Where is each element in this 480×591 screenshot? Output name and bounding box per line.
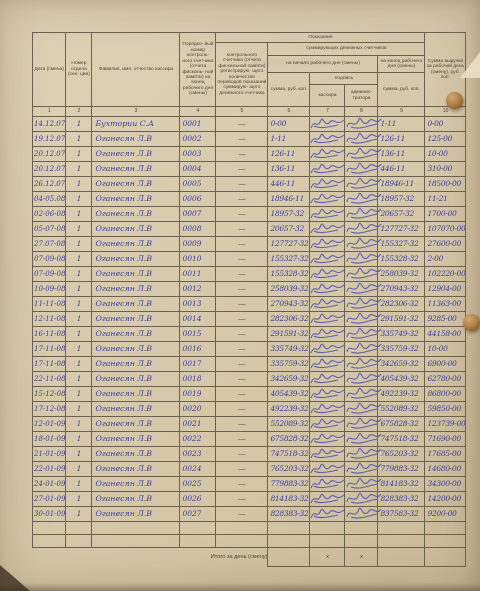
cell-date: 30-01-09 <box>33 507 66 522</box>
cell-department: 1 <box>66 492 92 507</box>
header-group-readings: Показания <box>216 33 425 43</box>
ledger-row: 20.12.07 1 Оганесян Л.В 0003 — 126-11 13… <box>33 147 466 162</box>
cell-cashier-name: Оганесян Л.В <box>92 252 180 267</box>
column-number-row: 1 2 3 4 5 6 7 8 9 10 <box>33 107 466 117</box>
cell-order-number: 0025 <box>180 477 216 492</box>
cell-department: 1 <box>66 402 92 417</box>
cell-date: 21-01-09 <box>33 447 66 462</box>
total-row: Итого за день (смену) x x <box>33 548 466 567</box>
cell-start-sum: 136-11 <box>268 162 310 177</box>
ledger-row: 05-07-08 1 Оганесян Л.В 0008 — 20657-32 … <box>33 222 466 237</box>
ledger-row: 07-09-08 1 Оганесян Л.В 0011 — 155328-32… <box>33 267 466 282</box>
cell-order-number: 0002 <box>180 132 216 147</box>
total-revenue-cell <box>425 548 466 567</box>
ledger-row: 11-11-08 1 Оганесян Л.В 0013 — 270943-32… <box>33 297 466 312</box>
cell-date: 17-12-08 <box>33 402 66 417</box>
ledger-row: 17-12-08 1 Оганесян Л.В 0020 — 492239-32… <box>33 402 466 417</box>
cell-control-counter: — <box>216 447 268 462</box>
cell-control-counter: — <box>216 432 268 447</box>
header-admin-signature: админис- тратора <box>345 85 378 107</box>
cell-date: 22-01-09 <box>33 462 66 477</box>
cell-cashier-name: Оганесян Л.В <box>92 222 180 237</box>
empty-ledger-row <box>33 535 466 548</box>
cell-control-counter: — <box>216 267 268 282</box>
binder-pin-middle-icon <box>463 314 480 331</box>
cell-end-sum: 282306-32 <box>378 297 425 312</box>
cell-revenue: 27600-00 <box>425 237 466 252</box>
cell-start-sum: 446-11 <box>268 177 310 192</box>
cell-end-sum: 1-11 <box>378 117 425 132</box>
header-group-start-of-day: на начало рабочего дня (смены) <box>268 56 378 73</box>
cell-order-number: 0008 <box>180 222 216 237</box>
ledger-row: 24-01-09 1 Оганесян Л.В 0025 — 779883-32… <box>33 477 466 492</box>
ledger-row: 16-11-08 1 Оганесян Л.В 0015 — 291591-32… <box>33 327 466 342</box>
cell-cashier-name: Оганесян Л.В <box>92 132 180 147</box>
cell-control-counter: — <box>216 192 268 207</box>
cell-revenue: 44158-00 <box>425 327 466 342</box>
cell-cashier-name: Оганесян Л.В <box>92 327 180 342</box>
cell-cashier-name: Оганесян Л.В <box>92 207 180 222</box>
cashier-journal-table: Дата (смена) Номер отдела (сек- ции) Фам… <box>32 32 466 567</box>
cell-department: 1 <box>66 327 92 342</box>
cell-end-sum: 18946-11 <box>378 177 425 192</box>
cell-control-counter: — <box>216 462 268 477</box>
cell-admin-signature <box>345 507 378 522</box>
cell-order-number: 0018 <box>180 372 216 387</box>
cell-start-sum: 779883-32 <box>268 477 310 492</box>
cell-start-sum: 342659-32 <box>268 372 310 387</box>
header-group-signature: подпись <box>310 73 378 85</box>
cell-end-sum: 675828-32 <box>378 417 425 432</box>
cell-order-number: 0009 <box>180 237 216 252</box>
column-number: 4 <box>180 107 216 117</box>
cell-end-sum: 747518-32 <box>378 432 425 447</box>
cell-revenue: 107070-00 <box>425 222 466 237</box>
cell-end-sum: 552089-32 <box>378 402 425 417</box>
cell-cashier-name: Оганесян Л.В <box>92 447 180 462</box>
cell-revenue: 6900-00 <box>425 357 466 372</box>
cell-start-sum: 20657-32 <box>268 222 310 237</box>
cell-order-number: 0006 <box>180 192 216 207</box>
column-number: 9 <box>378 107 425 117</box>
ledger-row: 10-09-08 1 Оганесян Л.В 0012 — 258039-32… <box>33 282 466 297</box>
cell-date: 07-09-08 <box>33 267 66 282</box>
ledger-row: 27.07-08 1 Оганесян Л.В 0009 — 127727-32… <box>33 237 466 252</box>
cell-control-counter: — <box>216 327 268 342</box>
total-start-sum-cell <box>268 548 310 567</box>
cell-cashier-name: Оганесян Л.В <box>92 477 180 492</box>
cell-control-counter: — <box>216 282 268 297</box>
cell-cashier-name: Оганесян Л.В <box>92 162 180 177</box>
cell-control-counter: — <box>216 357 268 372</box>
cell-cashier-name: Оганесян Л.В <box>92 192 180 207</box>
ledger-row: 26.12.07 1 Оганесян Л.В 0005 — 446-11 18… <box>33 177 466 192</box>
cell-revenue: 18500-00 <box>425 177 466 192</box>
cell-revenue: 0-00 <box>425 117 466 132</box>
header-col-department: Номер отдела (сек- ции) <box>66 33 92 107</box>
cell-start-sum: 126-11 <box>268 147 310 162</box>
ledger-row: 07-09-08 1 Оганесян Л.В 0010 — 155327-32… <box>33 252 466 267</box>
cell-order-number: 0016 <box>180 342 216 357</box>
cell-department: 1 <box>66 252 92 267</box>
cell-cashier-name: Оганесян Л.В <box>92 147 180 162</box>
header-col-cashier-name: Фамилия, имя, отчество кассира <box>92 33 180 107</box>
ledger-row: 15-12-08 1 Оганесян Л.В 0019 — 405439-32… <box>33 387 466 402</box>
cell-revenue: 14200-00 <box>425 492 466 507</box>
ledger-row: 02-06-08 1 Оганесян Л.В 0007 — 18957-32 … <box>33 207 466 222</box>
cell-revenue: 9285-00 <box>425 312 466 327</box>
cell-department: 1 <box>66 462 92 477</box>
cell-cashier-name: Оганесян Л.В <box>92 312 180 327</box>
cell-revenue: 12904-00 <box>425 282 466 297</box>
ledger-row: 18-01-09 1 Оганесян Л.В 0022 — 675828-32… <box>33 432 466 447</box>
cell-start-sum: 492239-32 <box>268 402 310 417</box>
cell-cashier-name: Оганесян Л.В <box>92 462 180 477</box>
cell-control-counter: — <box>216 237 268 252</box>
cell-date: 14.12.07 <box>33 117 66 132</box>
cell-order-number: 0022 <box>180 432 216 447</box>
ledger-row: 30-01-09 1 Оганесян Л.В 0027 — 828383-32… <box>33 507 466 522</box>
cell-date: 19.12.07 <box>33 132 66 147</box>
cell-cashier-name: Оганесян Л.В <box>92 492 180 507</box>
cell-date: 24-01-09 <box>33 477 66 492</box>
cell-end-sum: 335749-32 <box>378 327 425 342</box>
header-col-order-number: Порядко- вый номер контроль- ного счетчи… <box>180 33 216 107</box>
page-corner-shadow <box>0 565 30 591</box>
cell-control-counter: — <box>216 162 268 177</box>
cell-date: 17-11-08 <box>33 357 66 372</box>
cell-revenue: 14680-00 <box>425 462 466 477</box>
cell-order-number: 0013 <box>180 297 216 312</box>
cell-start-sum: 405439-32 <box>268 387 310 402</box>
cell-start-sum: 258039-32 <box>268 282 310 297</box>
cell-order-number: 0019 <box>180 387 216 402</box>
cell-revenue: 1700-00 <box>425 207 466 222</box>
cell-department: 1 <box>66 387 92 402</box>
cell-control-counter: — <box>216 222 268 237</box>
total-cashier-sign-cell: x <box>310 548 345 567</box>
header-end-sum: сумма, руб. коп. <box>378 73 425 107</box>
cell-control-counter: — <box>216 117 268 132</box>
ledger-rows: 14.12.07 1 Бухтории С.А 0001 — 0-00 1-11… <box>33 117 466 548</box>
cell-department: 1 <box>66 222 92 237</box>
cell-revenue: 2-00 <box>425 252 466 267</box>
table-header: Дата (смена) Номер отдела (сек- ции) Фам… <box>33 33 466 117</box>
cell-control-counter: — <box>216 402 268 417</box>
cell-date: 12-11-08 <box>33 312 66 327</box>
cell-control-counter: — <box>216 342 268 357</box>
cell-cashier-name: Оганесян Л.В <box>92 282 180 297</box>
cell-revenue: 11-21 <box>425 192 466 207</box>
cell-order-number: 0015 <box>180 327 216 342</box>
cell-revenue: 71690-00 <box>425 432 466 447</box>
page-corner-fold <box>460 52 480 78</box>
cell-order-number: 0026 <box>180 492 216 507</box>
ledger-row: 22-01-09 1 Оганесян Л.В 0024 — 765203-32… <box>33 462 466 477</box>
cell-date: 10-09-08 <box>33 282 66 297</box>
cell-cashier-name: Оганесян Л.В <box>92 387 180 402</box>
cell-end-sum: 155327-32 <box>378 237 425 252</box>
cell-end-sum: 335759-32 <box>378 342 425 357</box>
cell-cashier-name: Оганесян Л.В <box>92 417 180 432</box>
cell-order-number: 0020 <box>180 402 216 417</box>
cell-control-counter: — <box>216 492 268 507</box>
column-number: 5 <box>216 107 268 117</box>
column-number: 1 <box>33 107 66 117</box>
cell-department: 1 <box>66 372 92 387</box>
cell-control-counter: — <box>216 132 268 147</box>
cell-date: 17-11-08 <box>33 342 66 357</box>
cell-control-counter: — <box>216 507 268 522</box>
cell-start-sum: 1-11 <box>268 132 310 147</box>
cell-order-number: 0005 <box>180 177 216 192</box>
cell-cashier-name: Оганесян Л.В <box>92 237 180 252</box>
cell-department: 1 <box>66 432 92 447</box>
cell-cashier-name: Оганесян Л.В <box>92 372 180 387</box>
cell-revenue: 34300-00 <box>425 477 466 492</box>
cell-department: 1 <box>66 342 92 357</box>
ledger-row: 22-11-08 1 Оганесян Л.В 0018 — 342659-32… <box>33 372 466 387</box>
cell-department: 1 <box>66 147 92 162</box>
cell-cashier-name: Оганесян Л.В <box>92 507 180 522</box>
cell-department: 1 <box>66 297 92 312</box>
cell-order-number: 0012 <box>180 282 216 297</box>
cell-revenue: 10-00 <box>425 147 466 162</box>
cell-cashier-name: Оганесян Л.В <box>92 267 180 282</box>
cell-start-sum: 270943-32 <box>268 297 310 312</box>
cell-date: 05-07-08 <box>33 222 66 237</box>
cell-cashier-name: Оганесян Л.В <box>92 177 180 192</box>
cell-date: 07-09-08 <box>33 252 66 267</box>
cell-start-sum: 814183-32 <box>268 492 310 507</box>
ledger-row: 27-01-09 1 Оганесян Л.В 0026 — 814183-32… <box>33 492 466 507</box>
cell-revenue: 11363-00 <box>425 297 466 312</box>
cell-control-counter: — <box>216 147 268 162</box>
cell-cashier-name: Оганесян Л.В <box>92 357 180 372</box>
cell-control-counter: — <box>216 387 268 402</box>
header-group-end-of-day: на конец рабочего дня (смены) <box>378 56 425 73</box>
cell-department: 1 <box>66 357 92 372</box>
cell-start-sum: 127727-32 <box>268 237 310 252</box>
cell-date: 27.07-08 <box>33 237 66 252</box>
cell-revenue: 123739-00 <box>425 417 466 432</box>
cell-date: 20.12.07 <box>33 147 66 162</box>
ledger-row: 12-01-09 1 Оганесян Л.В 0021 — 552089-32… <box>33 417 466 432</box>
admin-signature-icon <box>343 505 383 523</box>
cell-order-number: 0014 <box>180 312 216 327</box>
cell-start-sum: 282306-32 <box>268 312 310 327</box>
cell-start-sum: 18957-32 <box>268 207 310 222</box>
cell-end-sum: 291591-32 <box>378 312 425 327</box>
cell-end-sum: 127727-32 <box>378 222 425 237</box>
cell-end-sum: 258039-32 <box>378 267 425 282</box>
cell-end-sum: 814183-32 <box>378 477 425 492</box>
cell-department: 1 <box>66 447 92 462</box>
total-end-sum-cell <box>378 548 425 567</box>
ledger-row: 12-11-08 1 Оганесян Л.В 0014 — 282306-32… <box>33 312 466 327</box>
cell-order-number: 0003 <box>180 147 216 162</box>
cell-revenue: 9200-00 <box>425 507 466 522</box>
cell-revenue: 310-00 <box>425 162 466 177</box>
cell-start-sum: 552089-32 <box>268 417 310 432</box>
cell-start-sum: 675828-32 <box>268 432 310 447</box>
empty-ledger-row <box>33 522 466 535</box>
cell-cashier-name: Бухтории С.А <box>92 117 180 132</box>
cell-start-sum: 335759-32 <box>268 357 310 372</box>
cell-department: 1 <box>66 477 92 492</box>
cell-order-number: 0011 <box>180 267 216 282</box>
cell-order-number: 0017 <box>180 357 216 372</box>
binder-pin-top-icon <box>446 92 463 109</box>
cell-end-sum: 828383-32 <box>378 492 425 507</box>
cell-revenue: 62780-00 <box>425 372 466 387</box>
cell-order-number: 0021 <box>180 417 216 432</box>
cell-cashier-name: Оганесян Л.В <box>92 432 180 447</box>
cell-end-sum: 446-11 <box>378 162 425 177</box>
page-bottom-shadow <box>0 583 480 591</box>
cell-date: 22-11-08 <box>33 372 66 387</box>
scanned-ledger-page: журнал кассира Дата (смена) Номер отдела… <box>0 0 480 591</box>
column-number: 3 <box>92 107 180 117</box>
cell-department: 1 <box>66 192 92 207</box>
cell-department: 1 <box>66 417 92 432</box>
cell-department: 1 <box>66 162 92 177</box>
header-cashier-signature: кассира <box>310 85 345 107</box>
cell-date: 26.12.07 <box>33 177 66 192</box>
cell-start-sum: 828383-32 <box>268 507 310 522</box>
cell-end-sum: 837583-32 <box>378 507 425 522</box>
cell-order-number: 0027 <box>180 507 216 522</box>
cell-date: 16-11-08 <box>33 327 66 342</box>
cell-department: 1 <box>66 207 92 222</box>
cell-date: 02-06-08 <box>33 207 66 222</box>
cell-end-sum: 765203-32 <box>378 447 425 462</box>
cell-start-sum: 747518-32 <box>268 447 310 462</box>
cell-end-sum: 126-11 <box>378 132 425 147</box>
cell-date: 15-12-08 <box>33 387 66 402</box>
cell-start-sum: 335749-32 <box>268 342 310 357</box>
cell-revenue: 86800-00 <box>425 387 466 402</box>
cell-end-sum: 155328-32 <box>378 252 425 267</box>
cell-end-sum: 136-11 <box>378 147 425 162</box>
cell-revenue: 59850-00 <box>425 402 466 417</box>
cell-control-counter: — <box>216 177 268 192</box>
cell-order-number: 0004 <box>180 162 216 177</box>
cell-control-counter: — <box>216 312 268 327</box>
ledger-row: 04-05.08 1 Оганесян Л.В 0006 — 18946-11 … <box>33 192 466 207</box>
cell-cashier-name: Оганесян Л.В <box>92 342 180 357</box>
cell-cashier-name: Оганесян Л.В <box>92 297 180 312</box>
ledger-row: 20.12.07 1 Оганесян Л.В 0004 — 136-11 44… <box>33 162 466 177</box>
cell-order-number: 0007 <box>180 207 216 222</box>
ledger-row: 17-11-08 1 Оганесян Л.В 0016 — 335749-32… <box>33 342 466 357</box>
cell-cashier-signature <box>310 507 345 522</box>
cell-control-counter: — <box>216 297 268 312</box>
cashier-signature-icon <box>308 505 348 523</box>
header-group-summing-counters: суммирующих денежных счетчиков <box>268 43 425 56</box>
cell-date: 12-01-09 <box>33 417 66 432</box>
header-start-sum: сумма, руб. коп. <box>268 73 310 107</box>
cell-control-counter: — <box>216 207 268 222</box>
column-number: 10 <box>425 107 466 117</box>
column-number: 6 <box>268 107 310 117</box>
column-number: 2 <box>66 107 92 117</box>
total-admin-sign-cell: x <box>345 548 378 567</box>
cell-control-counter: — <box>216 372 268 387</box>
cell-order-number: 0024 <box>180 462 216 477</box>
cell-department: 1 <box>66 177 92 192</box>
cell-end-sum: 18957-32 <box>378 192 425 207</box>
cell-end-sum: 20657-32 <box>378 207 425 222</box>
cell-start-sum: 765203-32 <box>268 462 310 477</box>
ledger-row: 17-11-08 1 Оганесян Л.В 0017 — 335759-32… <box>33 357 466 372</box>
cell-start-sum: 0-00 <box>268 117 310 132</box>
cell-end-sum: 342659-32 <box>378 357 425 372</box>
cell-order-number: 0010 <box>180 252 216 267</box>
cell-start-sum: 18946-11 <box>268 192 310 207</box>
total-label: Итого за день (смену) <box>33 548 268 567</box>
ledger-row: 19.12.07 1 Оганесян Л.В 0002 — 1-11 126-… <box>33 132 466 147</box>
cell-start-sum: 291591-32 <box>268 327 310 342</box>
cell-date: 27-01-09 <box>33 492 66 507</box>
cell-department: 1 <box>66 237 92 252</box>
cell-department: 1 <box>66 312 92 327</box>
cell-end-sum: 405439-32 <box>378 372 425 387</box>
ledger-row: 14.12.07 1 Бухтории С.А 0001 — 0-00 1-11… <box>33 117 466 132</box>
cell-revenue: 125-00 <box>425 132 466 147</box>
cell-date: 20.12.07 <box>33 162 66 177</box>
cell-date: 11-11-08 <box>33 297 66 312</box>
cell-revenue: 102220-00 <box>425 267 466 282</box>
cell-end-sum: 779883-32 <box>378 462 425 477</box>
cell-department: 1 <box>66 507 92 522</box>
cell-control-counter: — <box>216 252 268 267</box>
cell-date: 04-05.08 <box>33 192 66 207</box>
cell-revenue: 17685-00 <box>425 447 466 462</box>
cell-order-number: 0001 <box>180 117 216 132</box>
cell-control-counter: — <box>216 477 268 492</box>
cell-department: 1 <box>66 132 92 147</box>
cell-start-sum: 155327-32 <box>268 252 310 267</box>
cell-cashier-name: Оганесян Л.В <box>92 402 180 417</box>
cell-order-number: 0023 <box>180 447 216 462</box>
cell-revenue: 10-00 <box>425 342 466 357</box>
cell-end-sum: 270943-32 <box>378 282 425 297</box>
cell-control-counter: — <box>216 417 268 432</box>
header-col-control-counter: контрольного счетчика (отчета фискальной… <box>216 43 268 107</box>
cell-start-sum: 155328-32 <box>268 267 310 282</box>
cell-end-sum: 492239-32 <box>378 387 425 402</box>
ledger-row: 21-01-09 1 Оганесян Л.В 0023 — 747518-32… <box>33 447 466 462</box>
cell-department: 1 <box>66 117 92 132</box>
cell-department: 1 <box>66 282 92 297</box>
cell-department: 1 <box>66 267 92 282</box>
cell-date: 18-01-09 <box>33 432 66 447</box>
header-col-date: Дата (смена) <box>33 33 66 107</box>
